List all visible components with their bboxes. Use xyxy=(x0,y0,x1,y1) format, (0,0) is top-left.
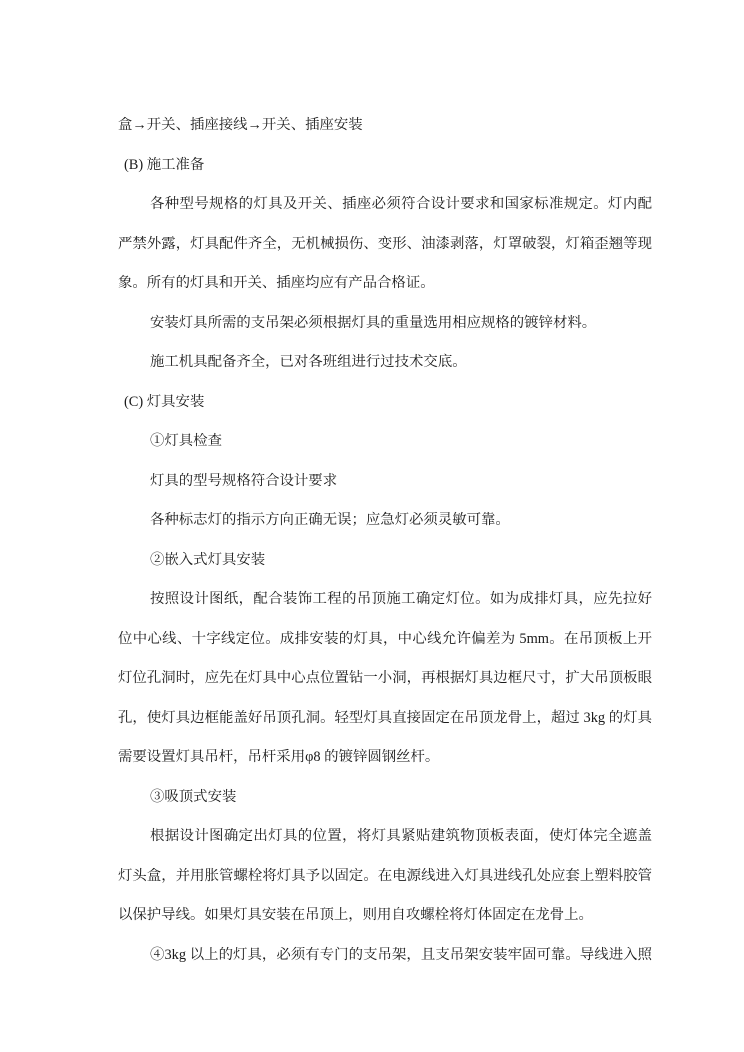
text-line: 灯位孔洞时，应先在灯具中心点位置钻一小洞，再根据灯具边框尺寸，扩大吊顶板眼 xyxy=(118,659,652,699)
text-line: 灯头盒，并用胀管螺栓将灯具予以固定。在电源线进入灯具进线孔处应套上塑料胶管 xyxy=(118,857,652,897)
text-line: 严禁外露，灯具配件齐全，无机械损伤、变形、油漆剥落，灯罩破裂，灯箱歪翘等现 xyxy=(118,225,652,265)
text-line: 位中心线、十字线定位。成排安装的灯具，中心线允许偏差为 5mm。在吊顶板上开 xyxy=(118,620,652,660)
text-line: 施工机具配备齐全，已对各班组进行过技术交底。 xyxy=(118,343,652,383)
text-line: 各种标志灯的指示方向正确无误；应急灯必须灵敏可靠。 xyxy=(118,501,652,541)
text-line: ②嵌入式灯具安装 xyxy=(118,541,652,581)
text-line: 根据设计图确定出灯具的位置，将灯具紧贴建筑物顶板表面，使灯体完全遮盖住 xyxy=(118,817,652,857)
document-body: 盒→开关、插座接线→开关、插座安装(B) 施工准备各种型号规格的灯具及开关、插座… xyxy=(118,106,652,975)
text-line: ①灯具检查 xyxy=(118,422,652,462)
text-line: 盒→开关、插座接线→开关、插座安装 xyxy=(118,106,652,146)
text-line: 需要设置灯具吊杆，吊杆采用φ8 的镀锌圆钢丝杆。 xyxy=(118,738,652,778)
text-line: ③吸顶式安装 xyxy=(118,778,652,818)
text-line: 安装灯具所需的支吊架必须根据灯具的重量选用相应规格的镀锌材料。 xyxy=(118,304,652,344)
text-line: 灯具的型号规格符合设计要求 xyxy=(118,462,652,502)
text-line: (C) 灯具安装 xyxy=(118,383,652,423)
text-line: 象。所有的灯具和开关、插座均应有产品合格证。 xyxy=(118,264,652,304)
text-line: 各种型号规格的灯具及开关、插座必须符合设计要求和国家标准规定。灯内配线 xyxy=(118,185,652,225)
text-line: ④3kg 以上的灯具，必须有专门的支吊架，且支吊架安装牢固可靠。导线进入照 xyxy=(118,936,652,976)
text-line: (B) 施工准备 xyxy=(118,146,652,186)
text-line: 按照设计图纸，配合装饰工程的吊顶施工确定灯位。如为成排灯具，应先拉好灯 xyxy=(118,580,652,620)
document-page: 盒→开关、插座接线→开关、插座安装(B) 施工准备各种型号规格的灯具及开关、插座… xyxy=(0,0,744,1052)
text-line: 孔，使灯具边框能盖好吊顶孔洞。轻型灯具直接固定在吊顶龙骨上，超过 3kg 的灯具 xyxy=(118,699,652,739)
text-line: 以保护导线。如果灯具安装在吊顶上，则用自攻螺栓将灯体固定在龙骨上。 xyxy=(118,896,652,936)
